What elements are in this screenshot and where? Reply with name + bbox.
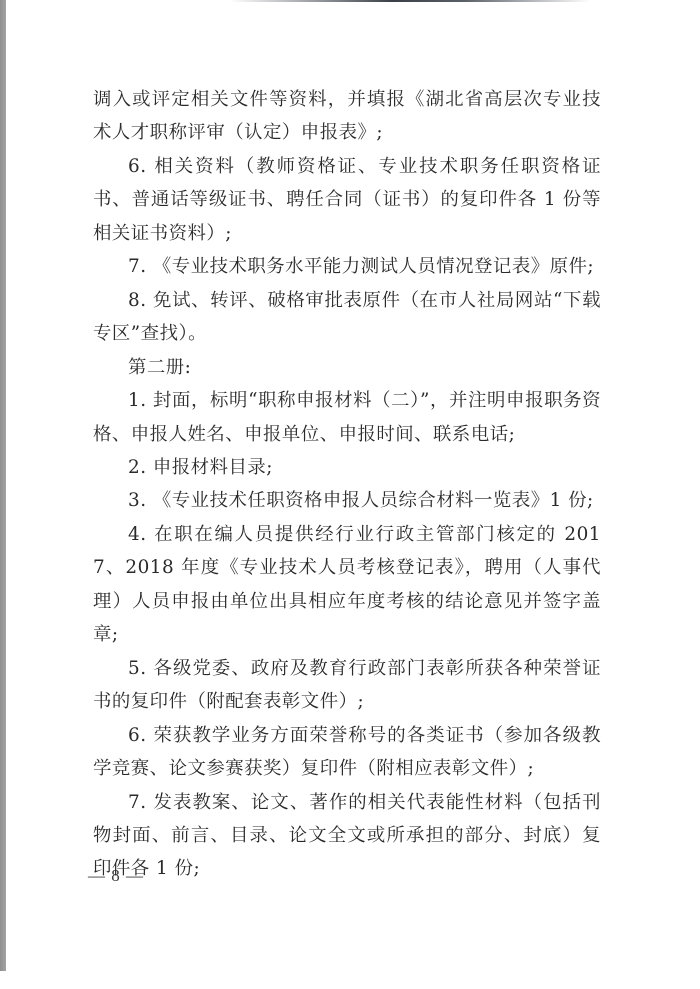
scan-edge-shadow [0,0,6,971]
paragraph-item-8-exemption-forms: 8. 免试、转评、破格审批表原件（在市人社局网站“下载专区”查找）。 [93,284,601,351]
paragraph-item-5-honors: 5. 各级党委、政府及教育行政部门表彰所获各种荣誉证书的复印件（附配套表彰文件）… [93,652,601,719]
paragraph-item-7-test-registration: 7. 《专业技术职务水平能力测试人员情况登记表》原件; [93,250,601,283]
paragraph-item-7-publications: 7. 发表教案、论文、著作的相关代表能性材料（包括刊物封面、前言、目录、论文全文… [93,786,601,886]
paragraph-item-3-summary-table: 3. 《专业技术任职资格申报人员综合材料一览表》1 份; [93,484,601,517]
paragraph-item-4-assessment: 4. 在职在编人员提供经行业行政主管部门核定的 2017、2018 年度《专业技… [93,518,601,652]
paragraph-item-2-contents: 2. 申报材料目录; [93,451,601,484]
paragraph-item-1-cover: 1. 封面，标明“职称申报材料（二）”，并注明申报职务资格、申报人姓名、申报单位… [93,384,601,451]
paragraph-item-6-teaching-awards: 6. 荣获教学业务方面荣誉称号的各类证书（参加各级教学竞赛、论文参赛获奖）复印件… [93,719,601,786]
paragraph-item-6-related-materials: 6. 相关资料（教师资格证、专业技术职务任职资格证书、普通话等级证书、聘任合同（… [93,150,601,250]
section-heading-volume-2: 第二册: [93,351,601,384]
document-body: 调入或评定相关文件等资料，并填报《湖北省高层次专业技术人才职称评审（认定）申报表… [93,83,601,886]
paragraph-continuation: 调入或评定相关文件等资料，并填报《湖北省高层次专业技术人才职称评审（认定）申报表… [93,83,601,150]
page-number: — 8 — [88,866,144,886]
scan-top-line [230,0,590,2]
